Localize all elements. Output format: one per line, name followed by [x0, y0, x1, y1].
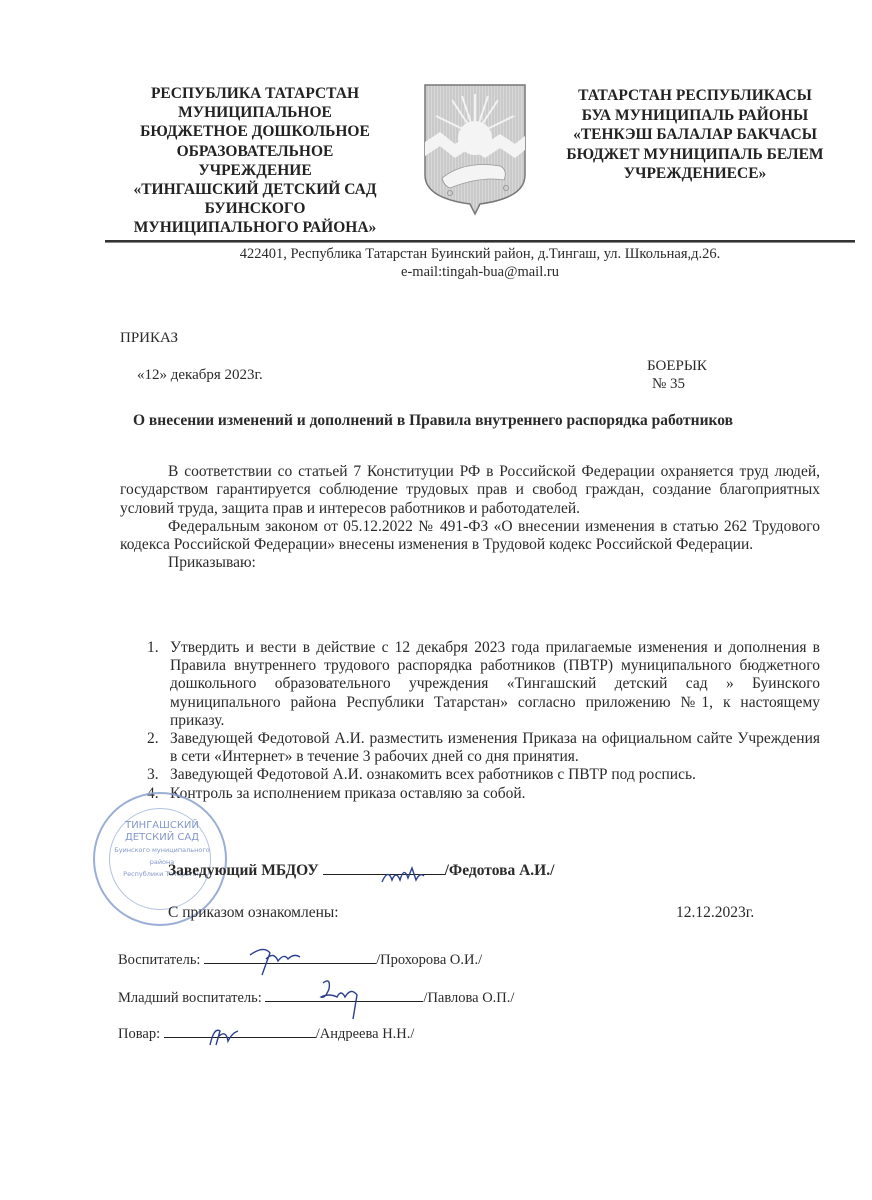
- order-item: 2.Заведующей Федотовой А.И. разместить и…: [120, 730, 820, 766]
- address-text: 422401, Республика Татарстан Буинский ра…: [105, 245, 855, 263]
- order-items-list: 1.Утвердить и вести в действие с 12 дека…: [120, 639, 820, 803]
- order-preamble: В соответствии со статьей 7 Конституции …: [120, 463, 820, 573]
- order-label-tt: БОЕРЫК: [647, 358, 707, 375]
- staff-signature-row: Воспитатель: /Прохорова О.И./: [118, 952, 482, 969]
- staff-signature-row: Повар: /Андреева Н.Н./: [118, 1026, 414, 1043]
- stamp-line: ДЕТСКИЙ САД: [95, 832, 229, 844]
- order-item-number: 2.: [147, 730, 159, 748]
- header-line: «ТИНГАШСКИЙ ДЕТСКИЙ САД: [105, 180, 405, 199]
- order-subject: О внесении изменений и дополнений в Прав…: [133, 412, 733, 430]
- staff-position: Младший воспитатель:: [118, 990, 262, 1006]
- signature-blank: [323, 874, 445, 875]
- coat-of-arms-icon: [420, 80, 530, 220]
- signature-blank: [204, 963, 376, 964]
- header-line: ТАТАРСТАН РЕСПУБЛИКАСЫ: [545, 86, 845, 106]
- staff-position: Воспитатель:: [118, 952, 200, 968]
- acquaintance-label: С приказом ознакомлены:: [168, 904, 339, 922]
- handwritten-signature-icon: [244, 945, 304, 979]
- header-line: МУНИЦИПАЛЬНОЕ: [105, 103, 405, 122]
- handwritten-signature-icon: [315, 977, 365, 1023]
- staff-position: Повар:: [118, 1026, 160, 1042]
- header-org-name-tt: ТАТАРСТАН РЕСПУБЛИКАСЫ БУА МУНИЦИПАЛЬ РА…: [545, 86, 845, 184]
- stamp-line: Буинского муниципального: [95, 844, 229, 856]
- order-item-number: 3.: [147, 766, 159, 784]
- email-text: e-mail:tingah-bua@mail.ru: [105, 263, 855, 281]
- signature-blank: [164, 1037, 316, 1038]
- acquaintance-date: 12.12.2023г.: [676, 904, 754, 922]
- header-line: УЧРЕЖДЕНИЕСЕ»: [545, 164, 845, 184]
- header-line: УЧРЕЖДЕНИЕ: [105, 161, 405, 180]
- staff-name: /Прохорова О.И./: [376, 952, 482, 968]
- stamp-line: ТИНГАШСКИЙ: [95, 820, 229, 832]
- header-org-name-ru: РЕСПУБЛИКА ТАТАРСТАН МУНИЦИПАЛЬНОЕ БЮДЖЕ…: [105, 84, 405, 238]
- header-line: БУИНСКОГО: [105, 199, 405, 218]
- header-line: РЕСПУБЛИКА ТАТАРСТАН: [105, 84, 405, 103]
- paragraph: Федеральным законом от 05.12.2022 № 491-…: [120, 518, 820, 555]
- staff-signature-row: Младший воспитатель: /Павлова О.П./: [118, 990, 514, 1007]
- header-line: БЮДЖЕТ МУНИЦИПАЛЬ БЕЛЕМ: [545, 145, 845, 165]
- header-divider: [105, 240, 855, 242]
- order-item-text: Контроль за исполнением приказа оставляю…: [170, 785, 526, 802]
- order-item-text: Заведующей Федотовой А.И. разместить изм…: [170, 730, 820, 765]
- header-line: МУНИЦИПАЛЬНОГО РАЙОНА»: [105, 218, 405, 237]
- order-number: № 35: [652, 376, 685, 393]
- director-name: /Федотова А.И./: [445, 862, 555, 879]
- handwritten-signature-icon: [204, 1023, 244, 1051]
- handwritten-signature-icon: [378, 862, 428, 888]
- staff-name: /Павлова О.П./: [423, 990, 514, 1006]
- order-item-number: 1.: [147, 639, 159, 657]
- order-item-text: Утвердить и вести в действие с 12 декабр…: [170, 639, 820, 729]
- order-label-ru: ПРИКАЗ: [120, 330, 178, 347]
- order-item: 3.Заведующей Федотовой А.И. ознакомить в…: [120, 766, 820, 784]
- header-address-block: 422401, Республика Татарстан Буинский ра…: [105, 245, 855, 281]
- director-title: Заведующий МБДОУ: [168, 862, 319, 879]
- order-date: «12» декабря 2023г.: [137, 367, 263, 384]
- order-item-text: Заведующей Федотовой А.И. ознакомить все…: [170, 766, 696, 783]
- order-item: 4.Контроль за исполнением приказа оставл…: [120, 785, 820, 803]
- staff-name: /Андреева Н.Н./: [316, 1026, 415, 1042]
- paragraph: В соответствии со статьей 7 Конституции …: [120, 463, 820, 518]
- order-item: 1.Утвердить и вести в действие с 12 дека…: [120, 639, 820, 730]
- header-line: БУА МУНИЦИПАЛЬ РАЙОНЫ: [545, 106, 845, 126]
- header-line: «ТЕНКЭШ БАЛАЛАР БАКЧАСЫ: [545, 125, 845, 145]
- header-line: ОБРАЗОВАТЕЛЬНОЕ: [105, 142, 405, 161]
- paragraph: Приказываю:: [120, 554, 820, 572]
- header-line: БЮДЖЕТНОЕ ДОШКОЛЬНОЕ: [105, 122, 405, 141]
- director-signature-line: Заведующий МБДОУ /Федотова А.И./: [168, 862, 554, 880]
- signature-blank: [265, 1001, 423, 1002]
